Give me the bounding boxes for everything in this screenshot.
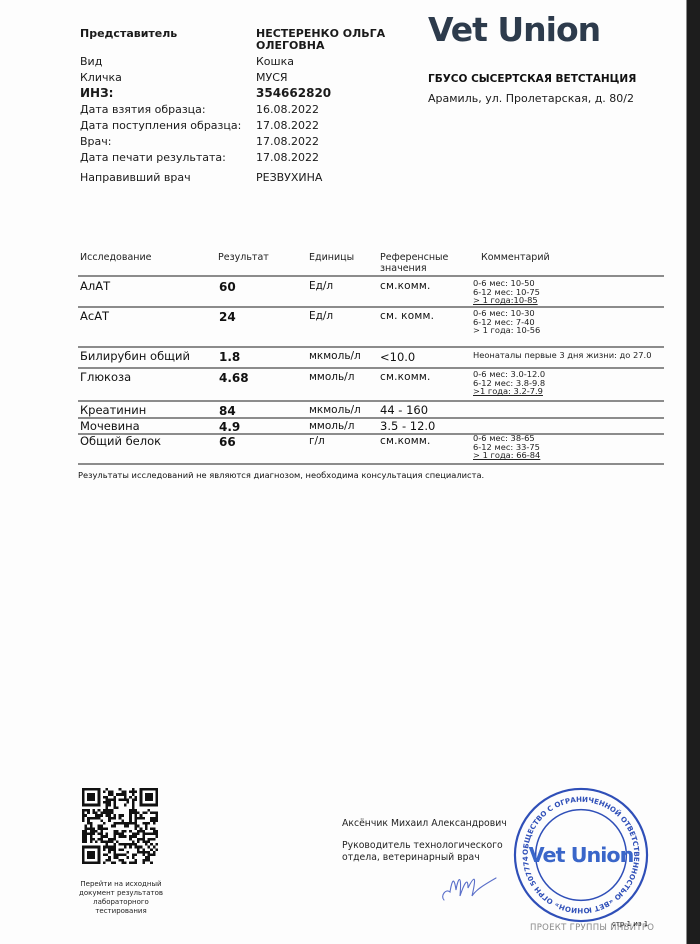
sample-date-value: 16.08.2022: [256, 103, 319, 116]
test-reference: <10.0: [380, 350, 415, 364]
test-comment: 0-6 мес: 38-65 6-12 мес: 33-75 > 1 года:…: [473, 434, 540, 460]
table-divider: [78, 400, 664, 402]
comment-line: >1 года: 3.2-7.9: [473, 387, 545, 396]
table-divider: [78, 417, 664, 419]
test-name: Билирубин общий: [80, 349, 190, 363]
doctor-label: Врач:: [80, 135, 111, 148]
comment-line: > 1 года: 10-56: [473, 326, 540, 335]
inz-value: 354662820: [256, 86, 331, 100]
vet-union-logo: Vet Union: [428, 10, 600, 49]
page-number: стр.1 из 1: [612, 920, 648, 928]
clinic-address: Арамиль, ул. Пролетарская, д. 80/2: [428, 92, 634, 105]
referring-doctor-value: РЕЗВУХИНА: [256, 171, 322, 184]
test-result: 24: [219, 310, 236, 324]
test-units: ммоль/л: [309, 371, 354, 383]
test-reference: 44 - 160: [380, 403, 428, 417]
signer-name: Аксёнчик Михаил Александрович: [342, 818, 507, 829]
test-comment: Неонаталы первые 3 дня жизни: до 27.0: [473, 351, 651, 360]
species-label: Вид: [80, 55, 102, 68]
table-divider: [78, 367, 664, 369]
test-name: Мочевина: [80, 419, 140, 433]
print-date-label: Дата печати результата:: [80, 151, 226, 164]
test-units: мкмоль/л: [309, 404, 361, 416]
referring-doctor-label: Направивший врач: [80, 171, 191, 184]
inz-label: ИНЗ:: [80, 86, 113, 100]
test-comment: 0-6 мес: 10-50 6-12 мес: 10-75 > 1 года:…: [473, 279, 540, 305]
comment-line: Неонаталы первые 3 дня жизни: до 27.0: [473, 351, 651, 360]
table-divider: [78, 433, 664, 435]
test-result: 4.9: [219, 420, 240, 434]
table-divider: [78, 463, 664, 465]
test-result: 60: [219, 280, 236, 294]
doctor-value: 17.08.2022: [256, 135, 319, 148]
test-name: АсАТ: [80, 309, 109, 323]
test-reference: см.комм.: [380, 280, 431, 292]
test-name: Креатинин: [80, 403, 146, 417]
header-test: Исследование: [80, 252, 152, 263]
disclaimer: Результаты исследований не являются диаг…: [78, 470, 484, 480]
comment-line: > 1 года:10-85: [473, 296, 540, 305]
test-units: г/л: [309, 435, 325, 447]
table-divider: [78, 275, 664, 277]
test-result: 1.8: [219, 350, 240, 364]
test-units: Ед/л: [309, 310, 333, 322]
sample-date-label: Дата взятия образца:: [80, 103, 206, 116]
representative-label: Представитель: [80, 27, 177, 40]
qr-caption: Перейти на исходный документ результатов…: [72, 880, 170, 916]
test-comment: 0-6 мес: 10-30 6-12 мес: 7-40 > 1 года: …: [473, 309, 540, 335]
received-date-label: Дата поступления образца:: [80, 119, 241, 132]
test-result: 84: [219, 404, 236, 418]
test-reference: см.комм.: [380, 371, 431, 383]
test-reference: см.комм.: [380, 435, 431, 447]
test-name: АлАТ: [80, 279, 110, 293]
test-name: Общий белок: [80, 434, 161, 448]
comment-line: > 1 года: 66-84: [473, 451, 540, 460]
table-divider: [78, 346, 664, 348]
svg-text:Vet Union: Vet Union: [529, 843, 634, 867]
table-divider: [78, 306, 664, 308]
signature-icon: [438, 866, 502, 906]
representative-value-line2: ОЛЕГОВНА: [256, 39, 324, 52]
lab-report-page: Представитель НЕСТЕРЕНКО ОЛЬГА ОЛЕГОВНА …: [0, 0, 687, 944]
header-reference-line2: значения: [380, 263, 427, 274]
stamp-icon: ОБЩЕСТВО С ОГРАНИЧЕННОЙ ОТВЕТСТВЕННОСТЬЮ…: [512, 786, 650, 924]
species-value: Кошка: [256, 55, 294, 68]
received-date-value: 17.08.2022: [256, 119, 319, 132]
print-date-value: 17.08.2022: [256, 151, 319, 164]
qr-code-icon[interactable]: [82, 788, 158, 864]
pet-name-label: Кличка: [80, 71, 122, 84]
test-name: Глюкоза: [80, 370, 131, 384]
test-reference: см. комм.: [380, 310, 434, 322]
header-units: Единицы: [309, 252, 354, 263]
test-reference: 3.5 - 12.0: [380, 419, 435, 433]
pet-name-value: МУСЯ: [256, 71, 288, 84]
test-result: 4.68: [219, 371, 249, 385]
header-reference-line1: Референсные: [380, 252, 448, 263]
test-units: ммоль/л: [309, 420, 354, 432]
test-units: Ед/л: [309, 280, 333, 292]
header-result: Результат: [218, 252, 269, 263]
header-comment: Комментарий: [481, 252, 550, 263]
clinic-name: ГБУСО СЫСЕРТСКАЯ ВЕТСТАНЦИЯ: [428, 73, 636, 85]
test-result: 66: [219, 435, 236, 449]
test-units: мкмоль/л: [309, 350, 361, 362]
test-comment: 0-6 мес: 3.0-12.0 6-12 мес: 3.8-9.8 >1 г…: [473, 370, 545, 396]
